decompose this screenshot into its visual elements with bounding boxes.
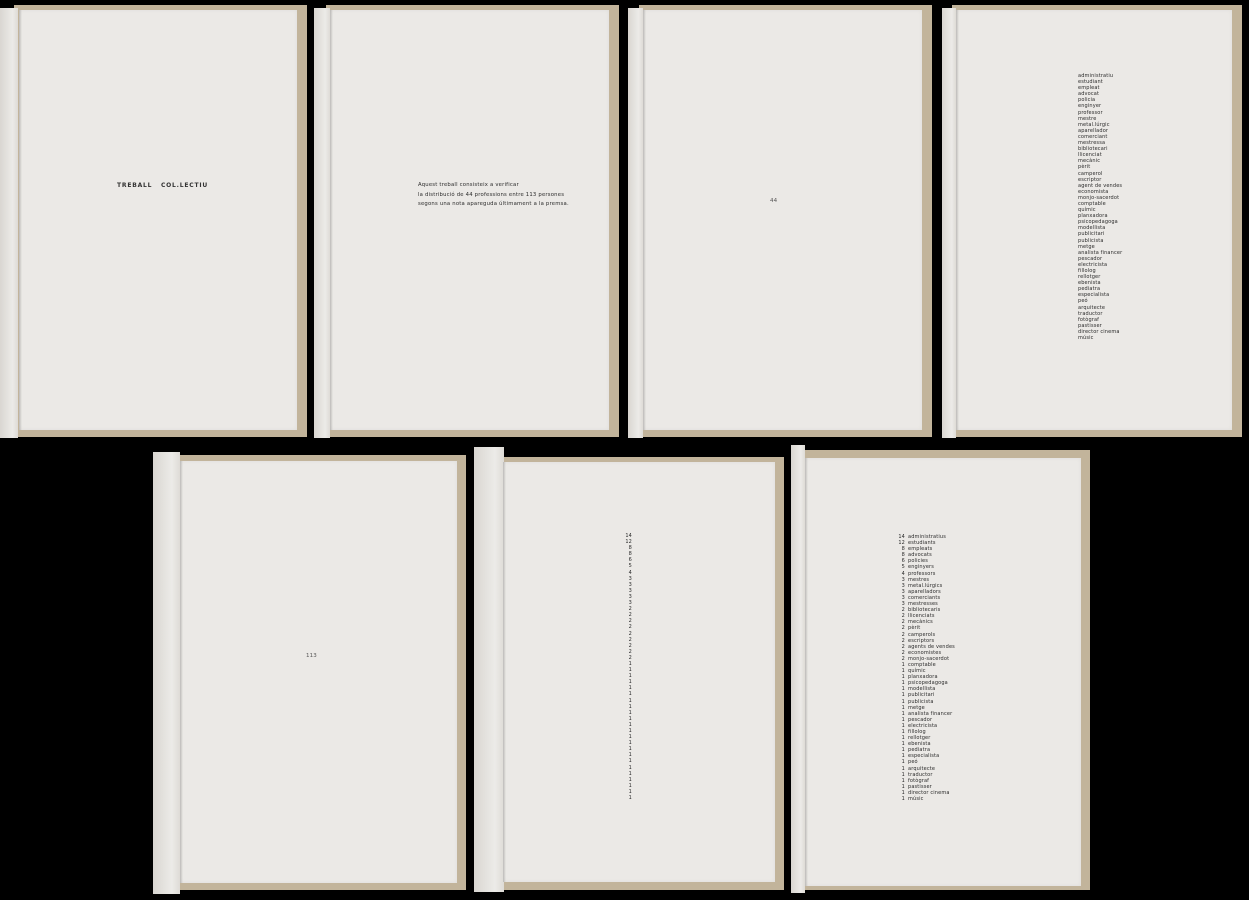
page-3-fold <box>643 10 646 430</box>
page-6-sheet <box>503 462 775 882</box>
page-3-number: 44 <box>770 198 777 204</box>
intro-line-1: Aquest treball consisteix a verificar <box>418 181 569 191</box>
intro-line-2: la distribució de 44 professions entre 1… <box>418 191 569 201</box>
page-1-left-flap <box>0 8 18 438</box>
page-6-count-list: 1412886543333322222222211111111111111111… <box>622 533 632 801</box>
distribution-row: 1músic <box>897 796 955 802</box>
page-2-fold <box>330 10 333 430</box>
page-2-intro: Aquest treball consisteix a verificar la… <box>418 181 569 210</box>
page-1-sheet <box>19 10 297 430</box>
page-6-left-flap <box>474 447 504 892</box>
page-2-sheet <box>330 10 609 430</box>
page-4-profession-list: administratiuestudiantempleatadvocatpoli… <box>1078 73 1122 341</box>
page-4-fold <box>956 10 959 430</box>
page-5-number: 113 <box>306 653 317 659</box>
page-6-fold <box>503 462 506 882</box>
count-item: 1 <box>622 795 632 801</box>
intro-line-3: segons una nota apareguda últimament a l… <box>418 200 569 210</box>
distribution-label: músic <box>908 796 924 802</box>
page-5-sheet <box>180 461 457 883</box>
page-3-sheet <box>643 10 922 430</box>
page-7-distribution-list: 14administratius12estudiants8empleats8ad… <box>897 534 955 802</box>
page-7-left-flap <box>791 445 805 893</box>
page-3-left-flap <box>628 8 643 438</box>
profession-item: músic <box>1078 335 1122 341</box>
distribution-count: 1 <box>897 796 905 802</box>
page-1-title: TREBALL COL.LECTIU <box>117 183 208 189</box>
page-7-fold <box>805 458 808 886</box>
page-5-fold <box>180 461 183 883</box>
page-1-fold <box>19 10 22 430</box>
page-4-left-flap <box>942 8 956 438</box>
page-2-left-flap <box>314 8 330 438</box>
page-5-left-flap <box>153 452 180 894</box>
